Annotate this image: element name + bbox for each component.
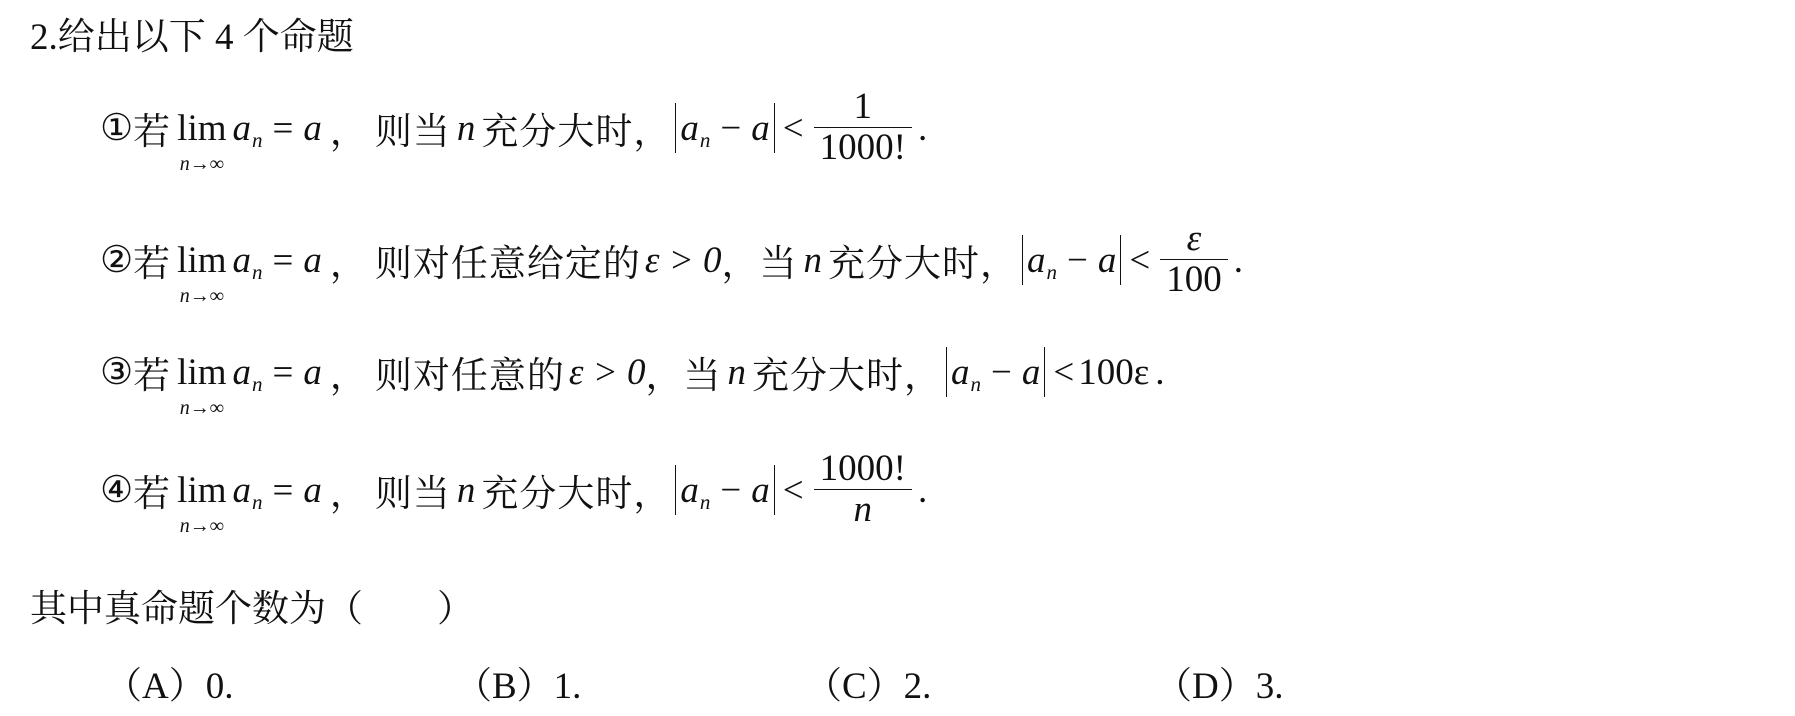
condition-text-2: 充分大时， — [481, 463, 671, 517]
var-n: n — [727, 351, 746, 394]
when-text: ，当 — [645, 345, 721, 399]
condition-text-2: 充分大时， — [828, 233, 1018, 287]
lim-subscript: n→∞ — [180, 516, 224, 536]
option-c[interactable]: （C）2. — [805, 655, 931, 709]
a: a — [751, 107, 770, 150]
sequence-a: a — [233, 469, 252, 512]
proposition-1: ① 若 lim n→∞ an = a ， 则当 n 充分大时， an − a <… — [100, 88, 927, 169]
lim-word: lim — [177, 472, 226, 509]
less-than: < — [1053, 351, 1074, 394]
marker: ④ — [100, 468, 133, 512]
limit-operator: lim n→∞ — [177, 472, 226, 509]
proposition-4: ④ 若 lim n→∞ an = a ， 则当 n 充分大时， an − a <… — [100, 450, 927, 531]
numerator: 1 — [848, 88, 879, 127]
subscript-n: n — [252, 128, 263, 153]
question-prompt: 其中真命题个数为（ ） — [30, 578, 474, 632]
equals: = — [273, 351, 294, 394]
a-n: a — [1027, 239, 1046, 282]
limit-a: a — [303, 107, 322, 150]
equals: = — [273, 469, 294, 512]
subscript-n: n — [1046, 260, 1057, 285]
var-n: n — [457, 469, 476, 512]
lim-word: lim — [177, 354, 226, 391]
if-text: 若 — [133, 345, 171, 399]
minus: − — [1067, 239, 1088, 282]
proposition-3: ③ 若 lim n→∞ an = a ， 则对任意的 ε > 0 ，当 n 充分… — [100, 345, 1165, 399]
equals: = — [273, 239, 294, 282]
condition-text: 则当 — [375, 101, 451, 155]
less-than: < — [1129, 239, 1150, 282]
denominator: 100 — [1160, 260, 1228, 301]
var-n: n — [803, 239, 822, 282]
sequence-a: a — [233, 351, 252, 394]
a-n: a — [680, 469, 699, 512]
period: . — [918, 469, 927, 512]
marker: ③ — [100, 350, 133, 394]
condition-text: 则对任意的 — [375, 345, 565, 399]
less-than: < — [783, 107, 804, 150]
a: a — [1098, 239, 1117, 282]
condition-text-2: 充分大时， — [481, 101, 671, 155]
limit-a: a — [303, 351, 322, 394]
subscript-n: n — [252, 260, 263, 285]
absolute-value: an − a — [675, 103, 774, 153]
subscript-n: n — [700, 128, 711, 153]
if-text: 若 — [133, 463, 171, 517]
comma: ， — [330, 345, 367, 399]
a: a — [751, 469, 770, 512]
lim-subscript: n→∞ — [180, 286, 224, 306]
lim-subscript: n→∞ — [180, 398, 224, 418]
comma: ， — [330, 463, 367, 517]
limit-a: a — [303, 239, 322, 282]
limit-a: a — [303, 469, 322, 512]
comma: ， — [330, 101, 367, 155]
numerator: 1000! — [814, 450, 912, 489]
minus: − — [720, 469, 741, 512]
equals: = — [273, 107, 294, 150]
condition-text-2: 充分大时， — [752, 345, 942, 399]
numerator: ε — [1181, 220, 1208, 259]
lim-word: lim — [177, 242, 226, 279]
absolute-value: an − a — [1022, 235, 1121, 285]
subscript-n: n — [970, 372, 981, 397]
lim-subscript: n→∞ — [180, 154, 224, 174]
sequence-a: a — [233, 239, 252, 282]
a-n: a — [680, 107, 699, 150]
option-a[interactable]: （A）0. — [105, 655, 233, 709]
sequence-a: a — [233, 107, 252, 150]
a: a — [1022, 351, 1041, 394]
var-n: n — [457, 107, 476, 150]
limit-operator: lim n→∞ — [177, 354, 226, 391]
rhs-value: 100ε — [1078, 351, 1149, 394]
fraction: ε 100 — [1160, 220, 1228, 301]
lim-word: lim — [177, 110, 226, 147]
absolute-value: an − a — [675, 465, 774, 515]
a-n: a — [951, 351, 970, 394]
absolute-value: an − a — [946, 347, 1045, 397]
period: . — [1155, 351, 1164, 394]
option-d[interactable]: （D）3. — [1155, 655, 1283, 709]
minus: − — [991, 351, 1012, 394]
denominator: n — [848, 490, 879, 531]
epsilon-condition: ε > 0 — [645, 239, 722, 282]
period: . — [1234, 239, 1243, 282]
subscript-n: n — [252, 490, 263, 515]
marker: ① — [100, 106, 133, 150]
condition-text: 则当 — [375, 463, 451, 517]
subscript-n: n — [252, 372, 263, 397]
limit-operator: lim n→∞ — [177, 110, 226, 147]
option-b[interactable]: （B）1. — [455, 655, 581, 709]
marker: ② — [100, 238, 133, 282]
problem-title: 2.给出以下 4 个命题 — [30, 6, 354, 60]
comma: ， — [330, 233, 367, 287]
if-text: 若 — [133, 233, 171, 287]
less-than: < — [783, 469, 804, 512]
subscript-n: n — [700, 490, 711, 515]
minus: − — [720, 107, 741, 150]
if-text: 若 — [133, 101, 171, 155]
proposition-2: ② 若 lim n→∞ an = a ， 则对任意给定的 ε > 0 ，当 n … — [100, 220, 1243, 301]
fraction: 1000! n — [814, 450, 912, 531]
limit-operator: lim n→∞ — [177, 242, 226, 279]
period: . — [918, 107, 927, 150]
condition-text: 则对任意给定的 — [375, 233, 641, 287]
when-text: ，当 — [721, 233, 797, 287]
denominator: 1000! — [814, 128, 912, 169]
fraction: 1 1000! — [814, 88, 912, 169]
epsilon-condition: ε > 0 — [569, 351, 646, 394]
